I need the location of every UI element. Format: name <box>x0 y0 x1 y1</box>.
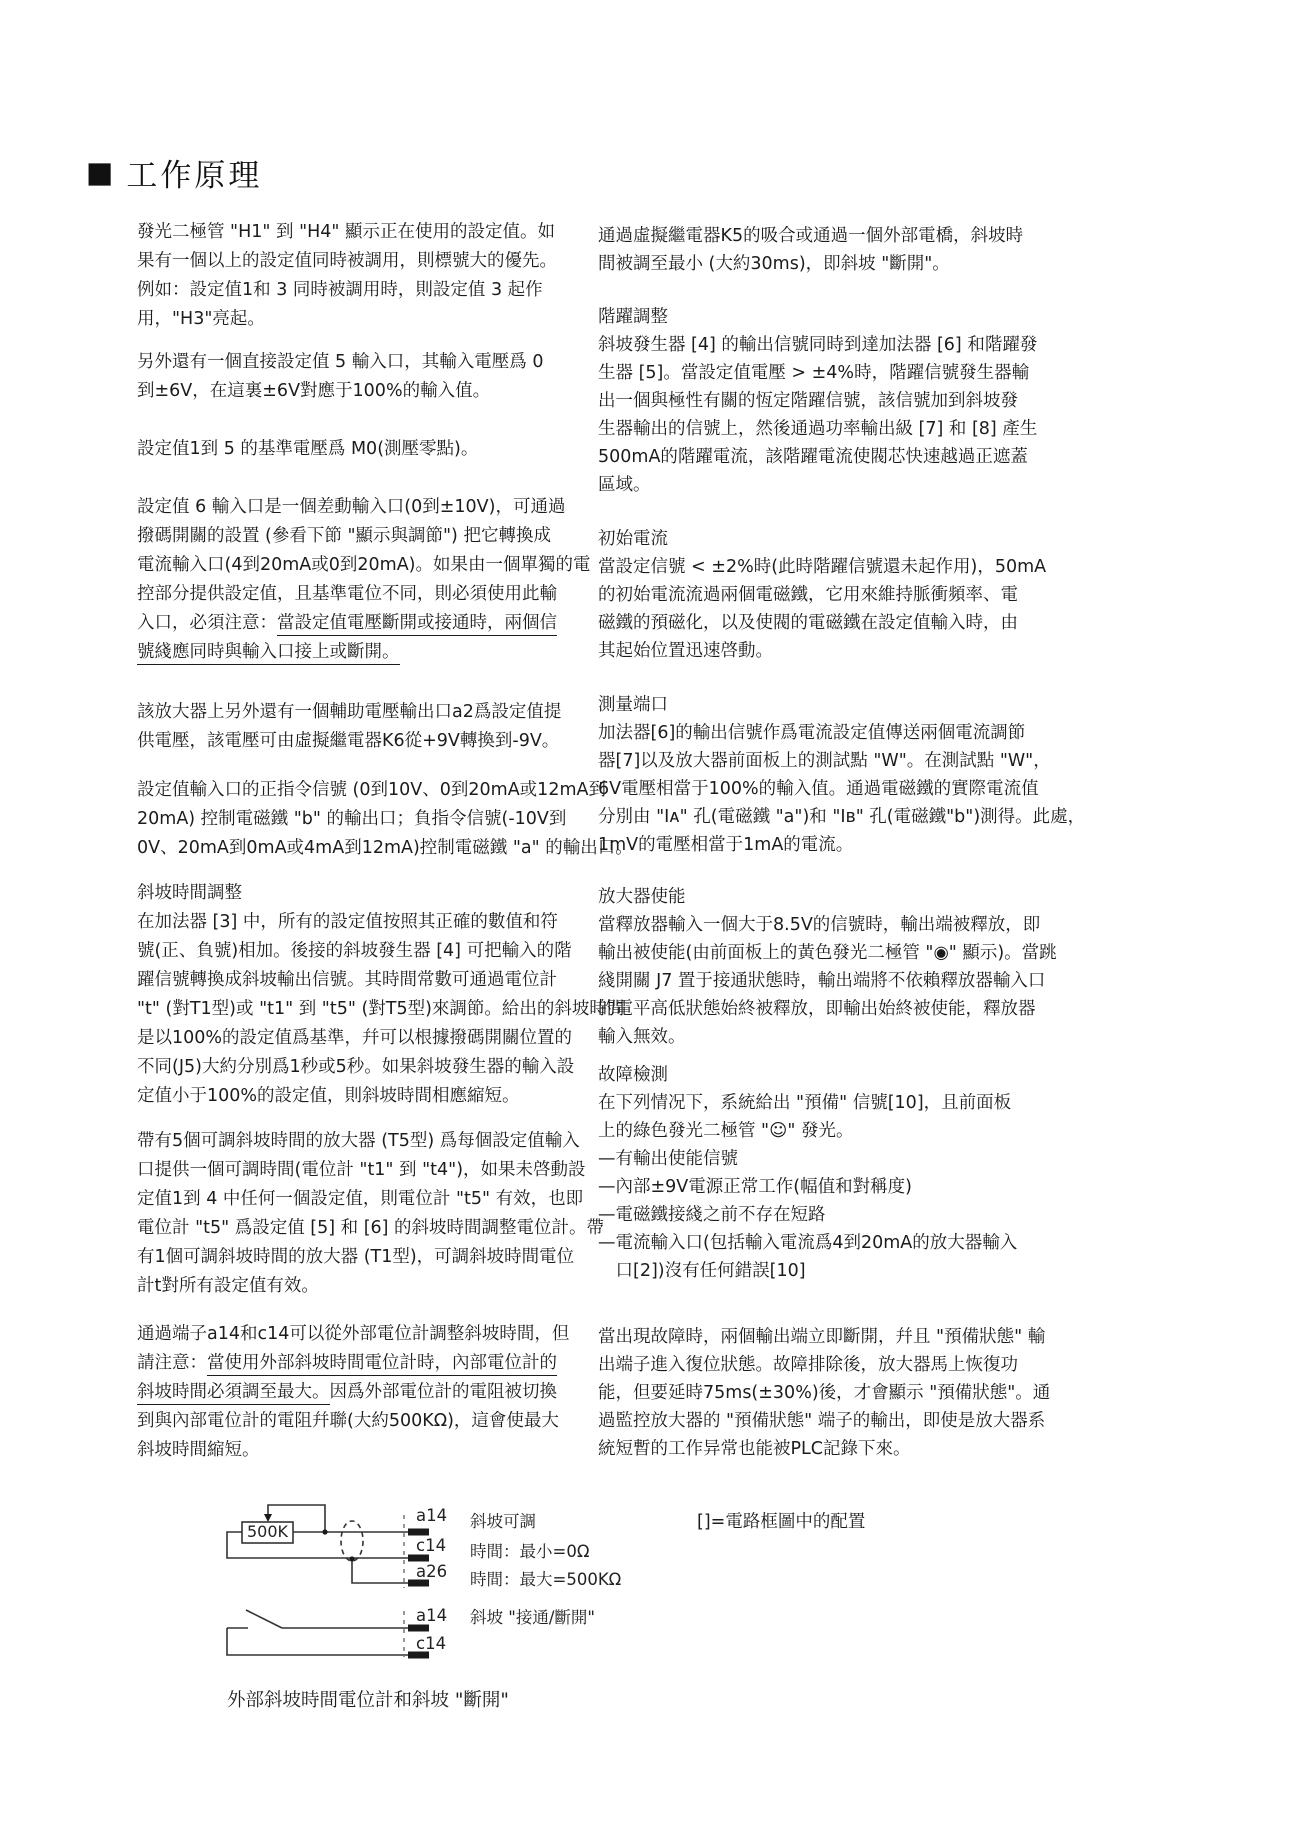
right-section-initial-current: 初始電流當設定信號 < ±2%時(此時階躍信號還未起作用)，50mA的初始電流流… <box>598 525 1046 665</box>
text-line: 當設定信號 < ±2%時(此時階躍信號還未起作用)，50mA <box>598 553 1046 581</box>
page-title-text: 工作原理 <box>126 150 262 195</box>
text-line: 能，但要延時75ms(±30%)後，才會顯示 "預備狀態"。通 <box>598 1379 1050 1407</box>
text-line: 綫開關 J7 置于接通狀態時，輸出端將不依賴釋放器輸入口 <box>598 967 1057 995</box>
left-paragraph-aux-voltage: 該放大器上另外還有一個輔助電壓輸出口a2爲設定值提供電壓，該電壓可由虛擬繼電器K… <box>137 698 561 756</box>
right-section-measuring-ports: 測量端口加法器[6]的輸出信號作爲電流設定值傳送兩個電流調節器[7]以及放大器前… <box>598 691 1085 859</box>
text-line: 區域。 <box>598 471 1037 499</box>
terminal-bar-a14-2 <box>408 1625 429 1632</box>
text-line: 出端子進入復位狀態。故障排除後，放大器馬上恢復功 <box>598 1351 1050 1379</box>
left-paragraph-direct-setpoint: 另外還有一個直接設定值 5 輸入口，其輸入電壓爲 0到±6V，在這裏±6V對應于… <box>137 348 543 406</box>
text-line: 口[2])沒有任何錯誤[10] <box>598 1257 1017 1285</box>
right-section-amplifier-enable: 放大器使能當釋放器輸入一個大于8.5V的信號時，輸出端被釋放，即輸出被使能(由前… <box>598 883 1057 1051</box>
text-line: 1mV的電壓相當于1mA的電流。 <box>598 831 1085 859</box>
text-line: 是以100%的設定值爲基準，幷可以根據撥碼開關位置的 <box>137 1024 624 1053</box>
text-line: 的初始電流流過兩個電磁鐵，它用來維持脈衝頻率、電 <box>598 581 1046 609</box>
cable-shield-ellipse <box>341 1521 363 1561</box>
text-line: 500mA的階躍電流，該階躍電流使閥芯快速越過正遮蓋 <box>598 443 1037 471</box>
text-line: 在下列情况下，系統給出 "預備" 信號[10]，且前面板 <box>598 1089 1017 1117</box>
text-line: 斜坡發生器 [4] 的輸出信號同時到達加法器 [6] 和階躍發 <box>598 331 1037 359</box>
page-title: ■ 工作原理 <box>86 150 262 195</box>
text-line: 不同(J5)大約分別爲1秒或5秒。如果斜坡發生器的輸入設 <box>137 1053 624 1082</box>
text-line: 斜坡時間縮短。 <box>137 1436 569 1465</box>
text-line: 例如：設定值1和 3 同時被調用時，則設定值 3 起作 <box>137 276 557 305</box>
note-time-min: 時間：最小=0Ω <box>470 1538 589 1562</box>
text-line: 在加法器 [3] 中，所有的設定值按照其正確的數值和符 <box>137 908 624 937</box>
left-paragraph-t5-amplifier: 帶有5個可調斜坡時間的放大器 (T5型) 爲每個設定值輸入口提供一個可調時間(電… <box>137 1127 604 1301</box>
right-section-fault-detection: 故障檢測在下列情况下，系統給出 "預備" 信號[10]，且前面板上的綠色發光二極… <box>598 1061 1017 1285</box>
text-line: 到±6V，在這裏±6V對應于100%的輸入值。 <box>137 377 543 406</box>
junction-dot-2 <box>349 1556 354 1561</box>
text-line: —電流輸入口(包括輸入電流爲4到20mA的放大器輸入 <box>598 1229 1017 1257</box>
right-paragraph-fault-behavior: 當出現故障時，兩個輸出端立即斷開，幷且 "預備狀態" 輸出端子進入復位狀態。故障… <box>598 1323 1050 1463</box>
text-line: 20mA) 控制電磁鐵 "b" 的輸出口；負指令信號(-10V到 <box>137 805 633 834</box>
text-line: 設定值 6 輸入口是一個差動輸入口(0到±10V)，可通過 <box>137 493 591 522</box>
text-line: 帶有5個可調斜坡時間的放大器 (T5型) 爲每個設定值輸入 <box>137 1127 604 1156</box>
text-line: 當釋放器輸入一個大于8.5V的信號時，輸出端被釋放，即 <box>598 911 1057 939</box>
terminal-bar-c14 <box>408 1555 429 1562</box>
text-line: 放大器使能 <box>598 883 1057 911</box>
note-ramp-on-off: 斜坡 "接通/斷開" <box>470 1604 595 1628</box>
switch-return-wire <box>227 1628 408 1655</box>
text-line: 有1個可調斜坡時間的放大器 (T1型)，可調斜坡時間電位 <box>137 1243 604 1272</box>
text-line: 另外還有一個直接設定值 5 輸入口，其輸入電壓爲 0 <box>137 348 543 377</box>
terminal-label-a26: a26 <box>416 1562 447 1581</box>
left-paragraph-setpoint6-input: 設定值 6 輸入口是一個差動輸入口(0到±10V)，可通過撥碼開關的設置 (參看… <box>137 493 591 667</box>
terminal-label-c14: c14 <box>416 1536 446 1555</box>
text-line: 過監控放大器的 "預備狀態" 端子的輸出，即使是放大器系 <box>598 1407 1050 1435</box>
note-ramp-adjustable: 斜坡可調 <box>470 1508 536 1532</box>
text-line: 間被調至最小 (大約30ms)，即斜坡 "斷開"。 <box>598 250 1023 278</box>
text-line: 的電平高低狀態始終被釋放，即輸出始終被使能，釋放器 <box>598 995 1057 1023</box>
text-line: 其起始位置迅速啓動。 <box>598 637 1046 665</box>
left-paragraph-command-signals: 設定值輸入口的正指令信號 (0到10V、0到20mA或12mA到20mA) 控制… <box>137 776 633 863</box>
text-line: 果有一個以上的設定值同時被調用，則標號大的優先。 <box>137 247 557 276</box>
text-line: 定值1到 4 中任何一個設定值，則電位計 "t5" 有效，也即 <box>137 1185 604 1214</box>
text-line: 初始電流 <box>598 525 1046 553</box>
text-line: 斜坡時間必須調至最大。因爲外部電位計的電阻被切換 <box>137 1378 569 1407</box>
text-line: 當出現故障時，兩個輸出端立即斷開，幷且 "預備狀態" 輸 <box>598 1323 1050 1351</box>
text-line: 號綫應同時與輸入口接上或斷開。 <box>137 638 591 667</box>
terminal-label-a14: a14 <box>416 1506 447 1525</box>
text-line: 撥碼開關的設置 (參看下節 "顯示與調節") 把它轉換成 <box>137 522 591 551</box>
text-line: 分別由 "Iᴀ" 孔(電磁鐵 "a")和 "Iʙ" 孔(電磁鐵"b")測得。此處… <box>598 803 1085 831</box>
text-line: 測量端口 <box>598 691 1085 719</box>
right-paragraph-ramp-off: 通過虛擬繼電器K5的吸合或通過一個外部電橋，斜坡時間被調至最小 (大約30ms)… <box>598 222 1023 278</box>
bracket-legend-note: []=電路框圖中的配置 <box>697 1508 865 1533</box>
terminal-label-a14-2: a14 <box>416 1606 447 1625</box>
text-line: 故障檢測 <box>598 1061 1017 1089</box>
left-paragraph-reference-voltage: 設定值1到 5 的基準電壓爲 M0(測壓零點)。 <box>137 435 478 464</box>
switch-blade <box>246 1610 282 1628</box>
text-line: —內部±9V電源正常工作(幅值和對稱度) <box>598 1173 1017 1201</box>
text-line: —有輸出使能信號 <box>598 1145 1017 1173</box>
left-paragraph-led-indicators: 發光二極管 "H1" 到 "H4" 顯示正在使用的設定值。如果有一個以上的設定值… <box>137 218 557 334</box>
text-line: 發光二極管 "H1" 到 "H4" 顯示正在使用的設定值。如 <box>137 218 557 247</box>
text-line: 電位計 "t5" 爲設定值 [5] 和 [6] 的斜坡時間調整電位計。帶 <box>137 1214 604 1243</box>
text-line: 統短暫的工作异常也能被PLC記錄下來。 <box>598 1435 1050 1463</box>
text-line: 口提供一個可調時間(電位計 "t1" 到 "t4")，如果未啓動設 <box>137 1156 604 1185</box>
text-line: 通過虛擬繼電器K5的吸合或通過一個外部電橋，斜坡時 <box>598 222 1023 250</box>
text-line: 出一個與極性有關的恆定階躍信號，該信號加到斜坡發 <box>598 387 1037 415</box>
text-line: 上的綠色發光二極管 "☺" 發光。 <box>598 1117 1017 1145</box>
terminal-bar-a14 <box>408 1529 429 1536</box>
text-line: 通過端子a14和c14可以從外部電位計調整斜坡時間，但 <box>137 1320 569 1349</box>
text-line: 生器 [5]。當設定值電壓 > ±4%時，階躍信號發生器輸 <box>598 359 1037 387</box>
text-line: 磁鐵的預磁化，以及使閥的電磁鐵在設定值輸入時，由 <box>598 609 1046 637</box>
circuit-diagram: 500K a14 c14 a26 斜坡可調 時間：最小=0Ω 時間：最大=500… <box>190 1495 710 1685</box>
text-line: 入口，必須注意：當設定值電壓斷開或接通時，兩個信 <box>137 609 591 638</box>
text-line: 到與內部電位計的電阻幷聯(大約500KΩ)，這會使最大 <box>137 1407 569 1436</box>
text-line: 電流輸入口(4到20mA或0到20mA)。如果由一個單獨的電 <box>137 551 591 580</box>
wire-a26-shield-drain <box>352 1561 408 1583</box>
text-line: 階躍調整 <box>598 303 1037 331</box>
terminal-label-c14-2: c14 <box>416 1634 446 1653</box>
left-section-ramp-time-adjust: 斜坡時間調整在加法器 [3] 中，所有的設定值按照其正確的數值和符號(正、負號)… <box>137 879 624 1111</box>
text-line: 生器輸出的信號上，然後通過功率輸出級 [7] 和 [8] 產生 <box>598 415 1037 443</box>
left-paragraph-external-pot: 通過端子a14和c14可以從外部電位計調整斜坡時間，但請注意：當使用外部斜坡時間… <box>137 1320 569 1465</box>
right-section-step-adjust: 階躍調整斜坡發生器 [4] 的輸出信號同時到達加法器 [6] 和階躍發生器 [5… <box>598 303 1037 499</box>
diagram-caption: 外部斜坡時間電位計和斜坡 "斷開" <box>227 1686 509 1712</box>
note-time-max: 時間：最大=500KΩ <box>470 1566 621 1590</box>
text-line: 控部分提供設定值，且基準電位不同，則必須使用此輸 <box>137 580 591 609</box>
text-line: 躍信號轉換成斜坡輸出信號。其時間常數可通過電位計 <box>137 966 624 995</box>
text-line: 加法器[6]的輸出信號作爲電流設定值傳送兩個電流調節 <box>598 719 1085 747</box>
text-line: 0V、20mA到0mA或4mA到12mA)控制電磁鐵 "a" 的輸出口。 <box>137 834 633 863</box>
text-line: 輸出被使能(由前面板上的黃色發光二極管 "◉" 顯示)。當跳 <box>598 939 1057 967</box>
text-line: 6V電壓相當于100%的輸入值。通過電磁鐵的實際電流值 <box>598 775 1085 803</box>
text-line: 請注意：當使用外部斜坡時間電位計時，內部電位計的 <box>137 1349 569 1378</box>
text-line: —電磁鐵接綫之前不存在短路 <box>598 1201 1017 1229</box>
text-line: 器[7]以及放大器前面板上的測試點 "W"。在測試點 "W"， <box>598 747 1085 775</box>
text-line: 輸入無效。 <box>598 1023 1057 1051</box>
section-marker-icon: ■ <box>86 158 113 187</box>
text-line: 供電壓，該電壓可由虛擬繼電器K6從+9V轉換到-9V。 <box>137 727 561 756</box>
potentiometer-value: 500K <box>242 1521 293 1543</box>
text-line: 該放大器上另外還有一個輔助電壓輸出口a2爲設定值提 <box>137 698 561 727</box>
text-line: 斜坡時間調整 <box>137 879 624 908</box>
text-line: "t" (對T1型)或 "t1" 到 "t5" (對T5型)來調節。給出的斜坡時… <box>137 995 624 1024</box>
junction-dot-1 <box>322 1529 327 1534</box>
text-line: 定值小于100%的設定值，則斜坡時間相應縮短。 <box>137 1082 624 1111</box>
document-page: { "page": { "title_marker": "■", "title"… <box>0 0 1300 1836</box>
text-line: 計t對所有設定值有效。 <box>137 1272 604 1301</box>
text-line: 用，"H3"亮起。 <box>137 305 557 334</box>
text-line: 設定值輸入口的正指令信號 (0到10V、0到20mA或12mA到 <box>137 776 633 805</box>
text-line: 號(正、負號)相加。後接的斜坡發生器 [4] 可把輸入的階 <box>137 937 624 966</box>
text-line: 設定值1到 5 的基準電壓爲 M0(測壓零點)。 <box>137 435 478 464</box>
